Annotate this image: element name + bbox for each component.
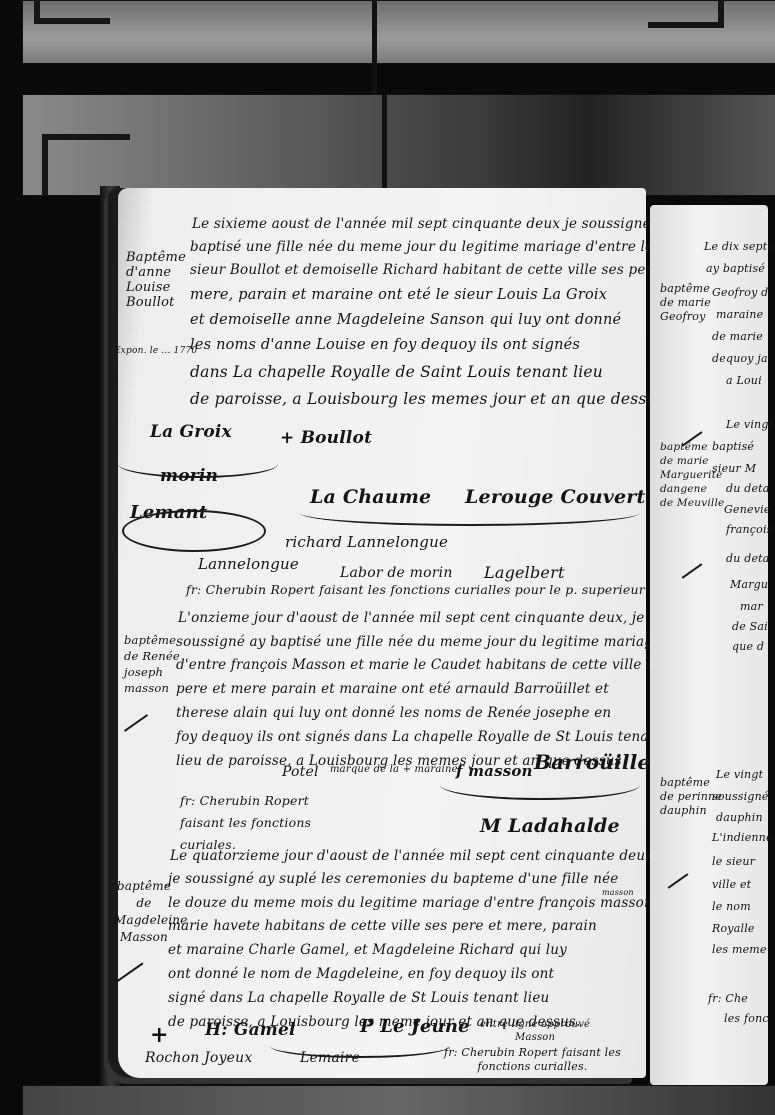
margin-annotation-entry-1: Expon. le ... 1770 <box>114 346 197 356</box>
margin-note-entry-1: Baptême d'anne Louise Boullot <box>126 250 186 310</box>
entry-3-line: je soussigné ay suplé les ceremonies du … <box>168 873 619 887</box>
adjacent-fragment: sieur M <box>712 462 756 475</box>
entry-1-line: baptisé une fille née du meme jour du le… <box>190 241 653 255</box>
adjacent-fragment: dequoy ja <box>712 352 768 365</box>
adjacent-fragment: mar <box>740 600 763 613</box>
entry-2-line: L'onzieme jour d'aoust de l'année mil se… <box>178 612 645 626</box>
adjacent-fragment: de marie <box>712 330 763 343</box>
adjacent-fragment: les meme <box>712 943 767 956</box>
entry-1-line: dans La chapelle Royalle de Saint Louis … <box>190 365 603 381</box>
signature: Labor de morin <box>340 565 453 581</box>
adjacent-fragment: dauphin <box>716 811 763 824</box>
entry-1-line: sieur Boullot et demoiselle Richard habi… <box>190 264 679 278</box>
signature: Lannelongue <box>198 555 299 573</box>
adjacent-margin-note: baptême de marie Geofroy <box>660 282 711 324</box>
entry-2-line: foy dequoy ils ont signés dans La chapel… <box>176 731 663 745</box>
adjacent-fragment: Genevie <box>724 503 771 516</box>
adjacent-fragment: maraine <box>716 308 763 321</box>
entry-3-line: marie havete habitans de cette ville ses… <box>168 920 597 934</box>
signature-flourish <box>118 450 278 478</box>
signature: H: Gamel <box>205 1020 296 1040</box>
adjacent-fragment: Royalle <box>712 922 755 935</box>
adjacent-fragment: fr: Che <box>708 992 748 1005</box>
entry-2-line: pere et mere parain et maraine ont eté a… <box>176 683 609 697</box>
entry-3-line: et maraine Charle Gamel, et Magdeleine R… <box>168 944 567 958</box>
adjacent-fragment: L'indienne <box>712 831 773 844</box>
microfilm-board-bottom <box>22 1085 775 1115</box>
adjacent-fragment: a Loui <box>726 374 762 387</box>
entry-2-line: d'entre françois Masson et marie le Caud… <box>176 659 668 673</box>
entry-2-line: therese alain qui luy ont donné les noms… <box>176 707 611 721</box>
entry-3-line: Le quatorzieme jour d'aoust de l'année m… <box>170 850 653 864</box>
signature-flourish <box>300 500 640 526</box>
signature: richard Lannelongue <box>285 533 448 551</box>
officiant-line: fr: Cherubin Ropert faisant les fonction… <box>180 790 330 856</box>
approval-note: entre ligne approuvé Masson <box>480 1018 590 1044</box>
bracket-top-left <box>34 0 110 24</box>
entry-1-line: et demoiselle anne Magdeleine Sanson qui… <box>190 313 621 328</box>
book-spine <box>100 186 120 1086</box>
adjacent-fragment: que d <box>732 640 764 653</box>
adjacent-fragment: soussigné <box>712 790 769 803</box>
entry-3-line: ont donné le nom de Magdeleine, en foy d… <box>168 968 554 982</box>
signature-flourish <box>440 770 640 800</box>
adjacent-fragment: Le vingt <box>726 418 773 431</box>
adjacent-fragment: Le dix septiem <box>704 240 775 253</box>
signature: Potel <box>282 764 319 780</box>
cross-mark: + <box>150 1022 168 1048</box>
godmother-mark: marque de la + maraine <box>330 764 458 775</box>
entry-2-line: soussigné ay baptisé une fille née du me… <box>176 636 661 650</box>
entry-1-line: Le sixieme aoust de l'année mil sept cin… <box>192 218 671 232</box>
signature: La Groix <box>150 422 232 442</box>
entry-1-line: les noms d'anne Louise en foy dequoy ils… <box>190 338 580 353</box>
margin-note-entry-2: baptême de Renée joseph masson <box>124 632 180 696</box>
adjacent-fragment: françois <box>726 523 773 536</box>
adjacent-fragment: du deta <box>726 552 770 565</box>
adjacent-fragment: baptisé <box>712 440 754 453</box>
adjacent-fragment: Geofroy d <box>712 286 768 299</box>
officiant-line: fr: Cherubin Ropert faisant les fonction… <box>186 584 645 597</box>
adjacent-fragment: les fonc <box>724 1012 769 1025</box>
entry-3-line: signé dans La chapelle Royalle de St Lou… <box>168 992 549 1006</box>
adjacent-fragment: le sieur <box>712 855 755 868</box>
adjacent-fragment: du deta <box>726 482 770 495</box>
divider-rod-2 <box>382 94 387 194</box>
signature: M Ladahalde <box>480 815 620 837</box>
signature: Rochon Joyeux <box>145 1050 252 1066</box>
adjacent-fragment: Le vingt <box>716 768 763 781</box>
signature-flourish <box>122 510 266 552</box>
officiant-line: fr: Cherubin Ropert faisant les fonction… <box>420 1046 645 1074</box>
entry-1-line: mere, parain et maraine ont eté le sieur… <box>190 288 607 303</box>
divider-rod <box>372 0 377 95</box>
adjacent-fragment: ville et <box>712 878 751 891</box>
entry-1-line: de paroisse, a Louisbourg les memes jour… <box>190 392 665 408</box>
microfilm-board-middle <box>22 94 775 196</box>
signature: Lagelbert <box>484 563 565 582</box>
adjacent-fragment: le nom <box>712 900 751 913</box>
adjacent-fragment: ay baptisé <box>706 262 765 275</box>
signature: + Boullot <box>280 428 372 448</box>
bracket-top-right <box>648 0 724 28</box>
adjacent-fragment: Margu <box>730 578 768 591</box>
entry-3-line: le douze du meme mois du legitime mariag… <box>168 897 671 911</box>
margin-note-entry-3: baptême de Magdeleine Masson <box>114 878 174 946</box>
adjacent-fragment: de Sai <box>732 620 768 633</box>
